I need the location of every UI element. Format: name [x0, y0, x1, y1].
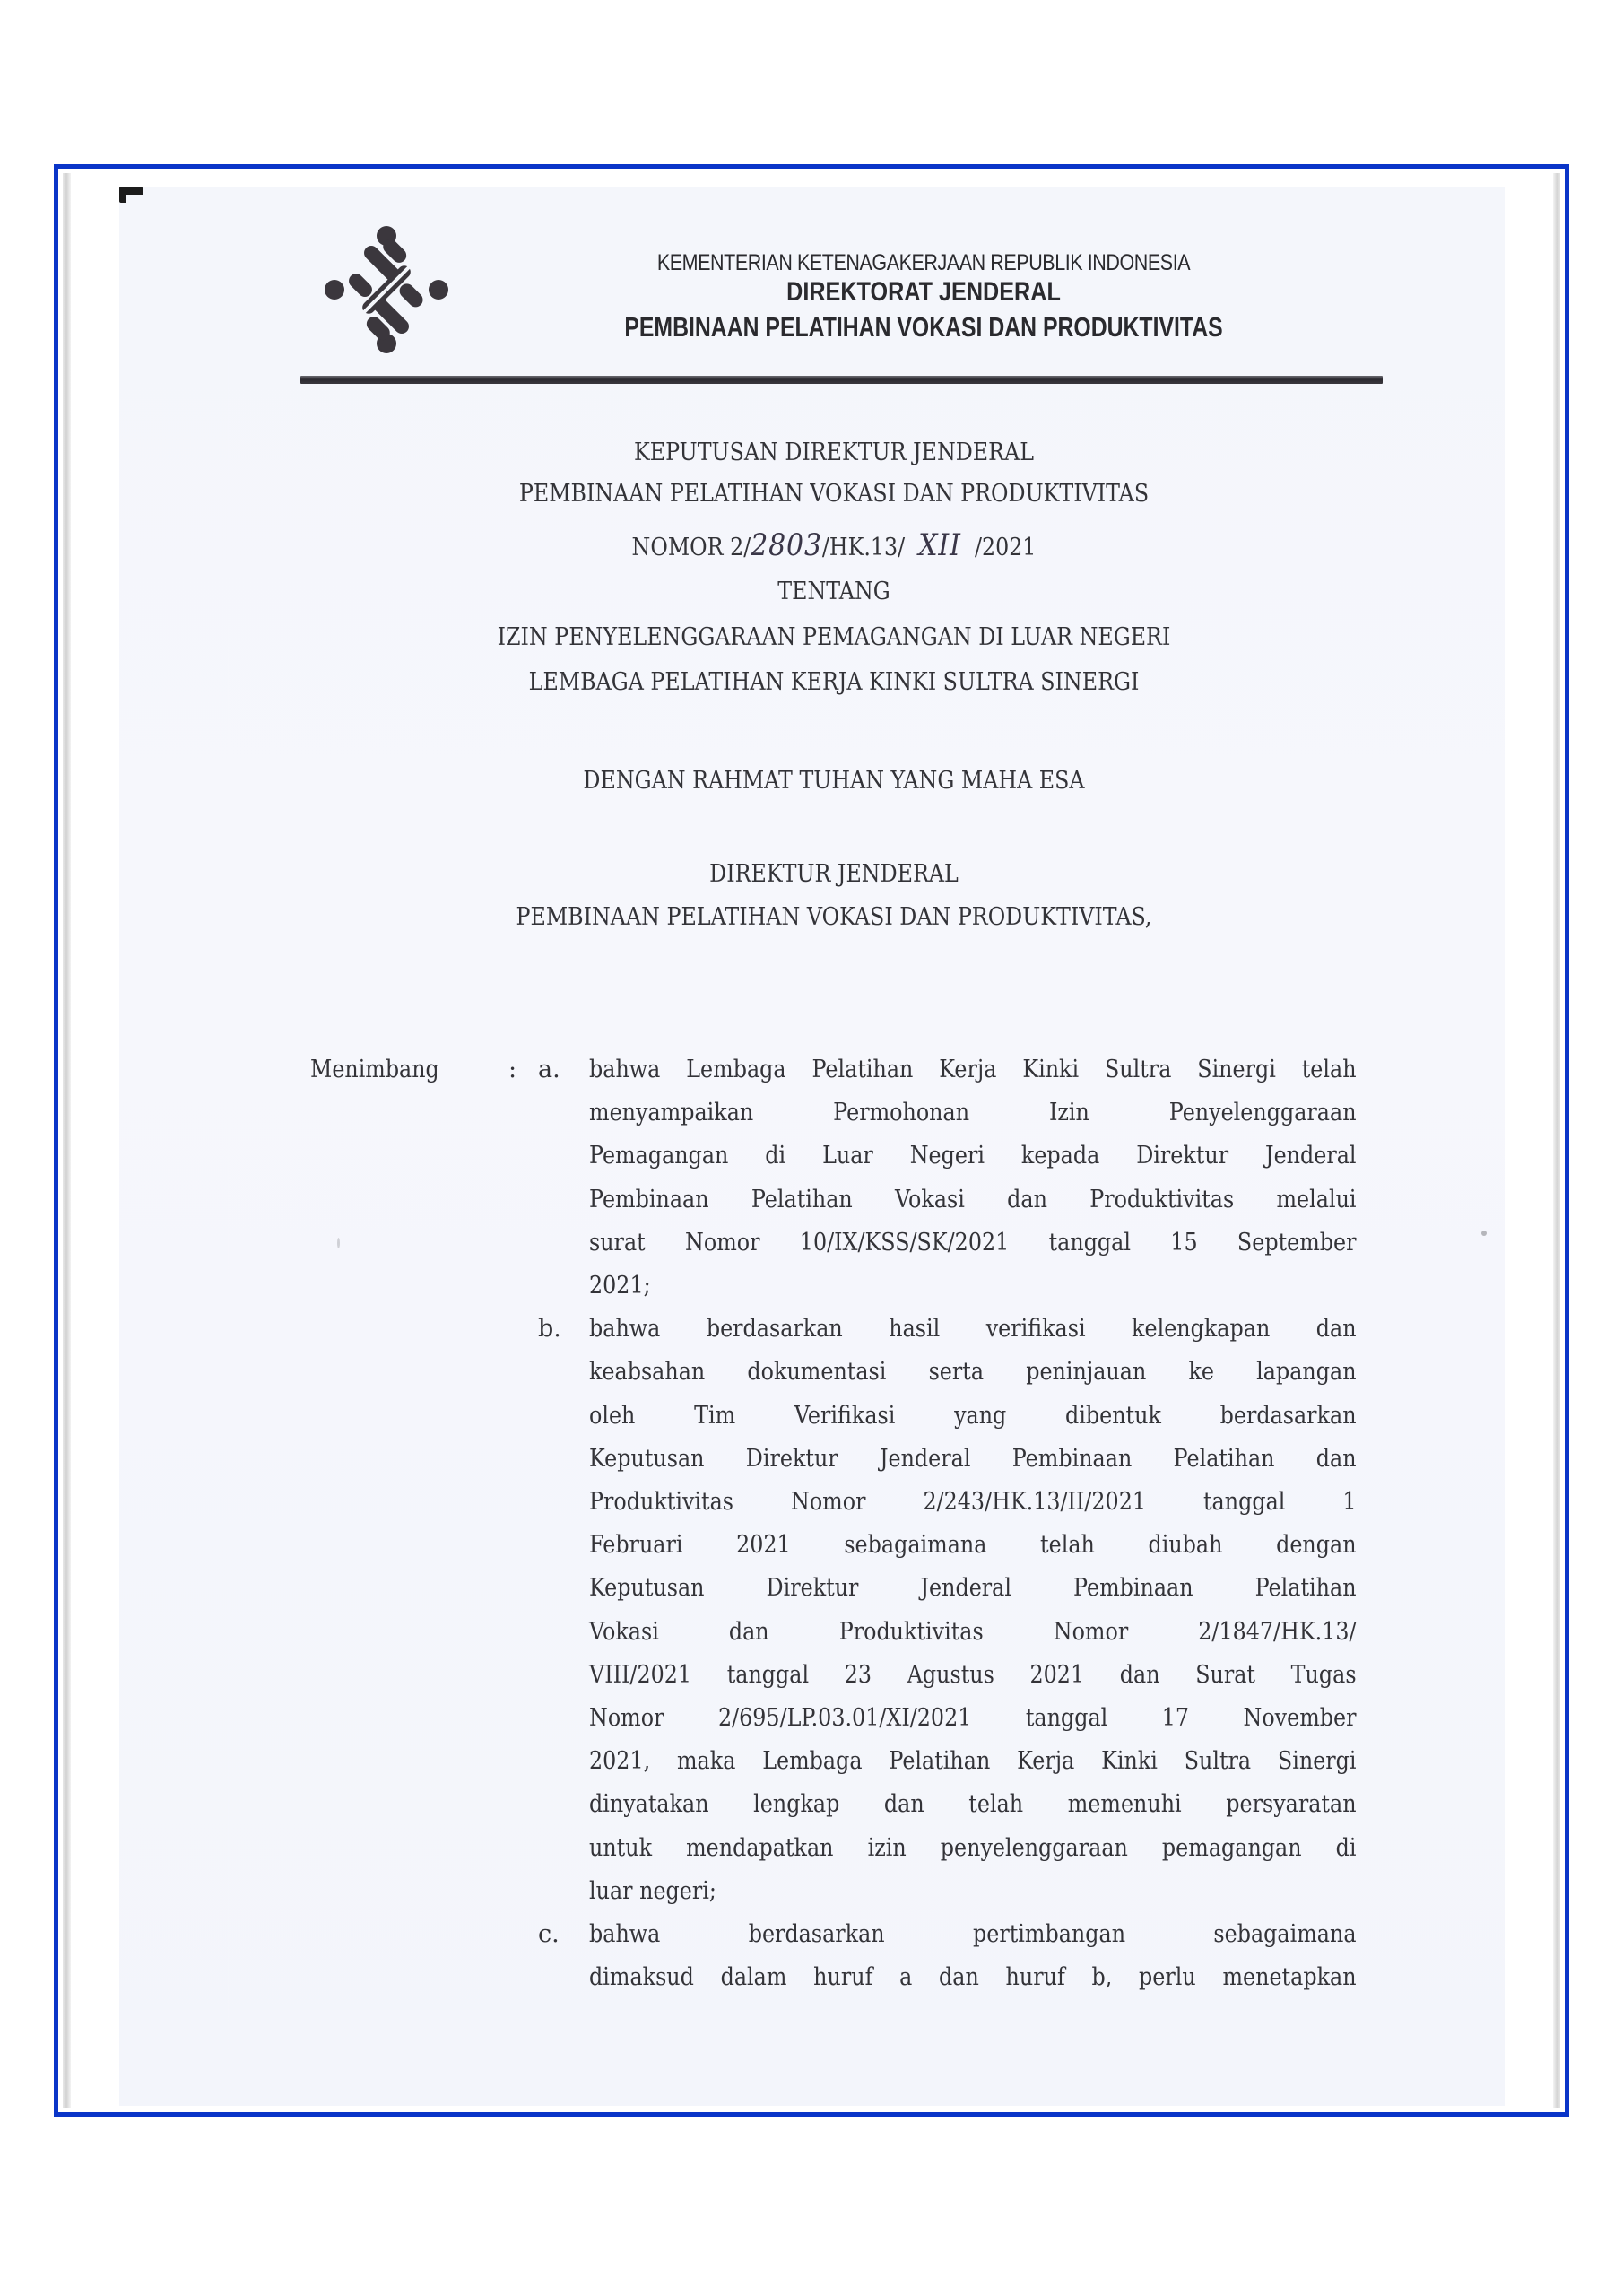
decree-number-suffix: /2021 [975, 534, 1036, 561]
letterhead-divider [300, 376, 1383, 384]
frame-left-edge [63, 173, 71, 2108]
decree-title: KEPUTUSAN DIREKTUR JENDERAL [360, 439, 1307, 466]
considering-item-line: bahwa berdasarkan hasil verifikasi kelen… [589, 1315, 1357, 1343]
considering-item-line: dinyatakan lengkap dan telah memenuhi pe… [589, 1790, 1357, 1818]
invocation: DENGAN RAHMAT TUHAN YANG MAHA ESA [360, 767, 1307, 795]
decree-subject-line1: IZIN PENYELENGGARAAN PEMAGANGAN DI LUAR … [360, 623, 1307, 651]
considering-item-line: Produktivitas Nomor 2/243/HK.13/II/2021 … [589, 1488, 1357, 1516]
considering-separator: : [508, 1056, 516, 1083]
considering-item-line: VIII/2021 tanggal 23 Agustus 2021 dan Su… [589, 1661, 1357, 1689]
considering-item-line: bahwa berdasarkan pertimbangan sebagaima… [589, 1920, 1357, 1948]
official-title: DIREKTUR JENDERAL [360, 860, 1307, 888]
considering-item-line: Nomor 2/695/LP.03.01/XI/2021 tanggal 17 … [589, 1704, 1357, 1732]
decree-about-label: TENTANG [360, 578, 1307, 605]
considering-item-line: luar negeri; [589, 1877, 1357, 1905]
considering-item-line: Keputusan Direktur Jenderal Pembinaan Pe… [589, 1445, 1357, 1473]
considering-item-line: 2021; [589, 1272, 1357, 1300]
considering-item-line: 2021, maka Lembaga Pelatihan Kerja Kinki… [589, 1747, 1357, 1775]
decree-number-prefix: NOMOR 2/ [632, 534, 751, 561]
considering-item-line: menyampaikan Permohonan Izin Penyelengga… [589, 1099, 1357, 1126]
decree-number: NOMOR 2/2803/HK.13/ XII /2021 [360, 527, 1307, 563]
considering-item-letter: b. [538, 1315, 561, 1343]
considering-item-line: untuk mendapatkan izin penyelenggaraan p… [589, 1834, 1357, 1862]
considering-item-line: surat Nomor 10/IX/KSS/SK/2021 tanggal 15… [589, 1229, 1357, 1257]
decree-subject-line2: LEMBAGA PELATIHAN KERJA KINKI SULTRA SIN… [360, 668, 1307, 696]
considering-item-line: bahwa Lembaga Pelatihan Kerja Kinki Sult… [589, 1056, 1357, 1083]
decree-month-handwritten: XII [918, 527, 961, 563]
considering-item-line: keabsahan dokumentasi serta peninjauan k… [589, 1358, 1357, 1386]
considering-item-letter: c. [538, 1920, 560, 1948]
decree-title-division: PEMBINAAN PELATIHAN VOKASI DAN PRODUKTIV… [360, 480, 1307, 508]
considering-item-line: Februari 2021 sebagaimana telah diubah d… [589, 1531, 1357, 1559]
decree-number-mid: /HK.13/ [822, 534, 905, 561]
considering-item-line: dimaksud dalam huruf a dan huruf b, perl… [589, 1963, 1357, 1991]
considering-item-line: Pembinaan Pelatihan Vokasi dan Produktiv… [589, 1186, 1357, 1213]
frame-right-edge [1553, 173, 1560, 2108]
scan-speck [337, 1238, 340, 1248]
considering-item-line: Keputusan Direktur Jenderal Pembinaan Pe… [589, 1574, 1357, 1602]
considering-item-line: Vokasi dan Produktivitas Nomor 2/1847/HK… [589, 1618, 1357, 1646]
kemnaker-logo-icon [319, 222, 454, 357]
scan-speck [1481, 1231, 1487, 1236]
considering-item-line: oleh Tim Verifikasi yang dibentuk berdas… [589, 1402, 1357, 1430]
letterhead-ministry: KEMENTERIAN KETENAGAKERJAAN REPUBLIK IND… [561, 250, 1286, 276]
considering-item-line: Pemagangan di Luar Negeri kepada Direktu… [589, 1142, 1357, 1170]
considering-item-letter: a. [538, 1056, 560, 1083]
official-division: PEMBINAAN PELATIHAN VOKASI DAN PRODUKTIV… [360, 903, 1307, 931]
letterhead-division: PEMBINAAN PELATIHAN VOKASI DAN PRODUKTIV… [586, 311, 1261, 344]
letterhead-directorate: DIREKTORAT JENDERAL [569, 277, 1278, 308]
decree-number-handwritten: 2803 [751, 527, 822, 563]
considering-label: Menimbang [310, 1056, 439, 1083]
